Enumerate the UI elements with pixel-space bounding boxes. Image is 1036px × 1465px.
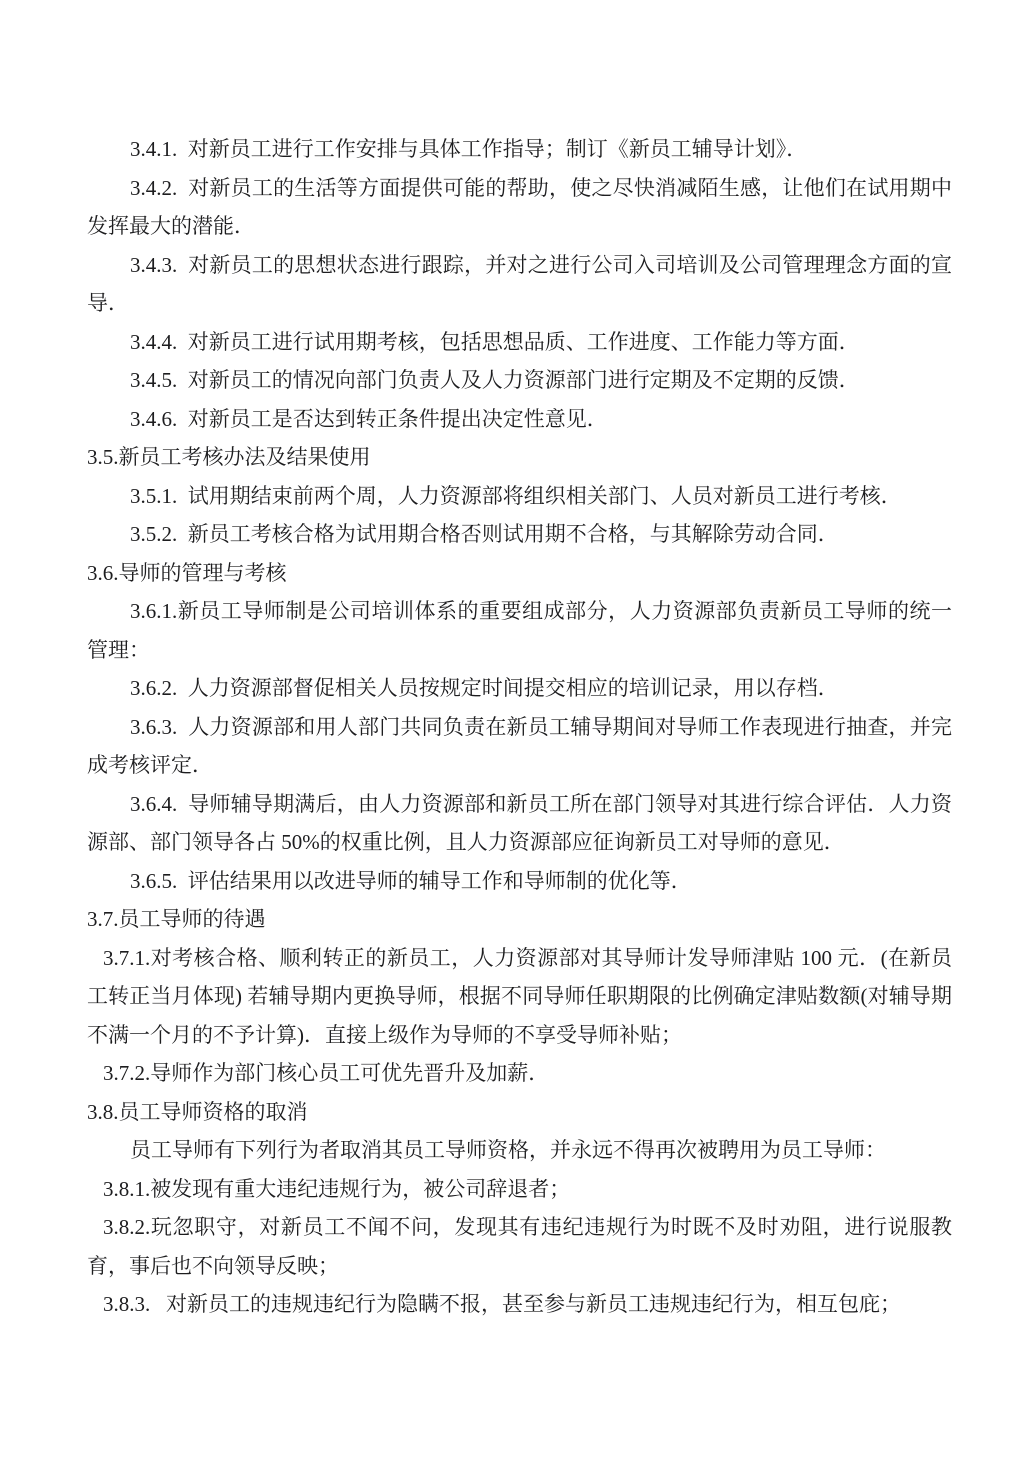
paragraph-3-4-4: 3.4.4. 对新员工进行试用期考核，包括思想品质、工作进度、工作能力等方面． (87, 323, 952, 362)
paragraph-3-4-3: 3.4.3. 对新员工的思想状态进行跟踪，并对之进行公司入司培训及公司管理理念方… (87, 246, 952, 323)
paragraph-3-8-intro: 员工导师有下列行为者取消其员工导师资格，并永远不得再次被聘用为员工导师： (87, 1131, 952, 1170)
paragraph-3-4-2: 3.4.2. 对新员工的生活等方面提供可能的帮助，使之尽快消减陌生感，让他们在试… (87, 169, 952, 246)
paragraph-3-8-3: 3.8.3. 对新员工的违规违纪行为隐瞒不报，甚至参与新员工违规违纪行为，相互包… (87, 1285, 952, 1324)
section-heading-3-6: 3.6.导师的管理与考核 (87, 554, 952, 593)
paragraph-3-6-5: 3.6.5. 评估结果用以改进导师的辅导工作和导师制的优化等． (87, 862, 952, 901)
paragraph-3-6-1: 3.6.1.新员工导师制是公司培训体系的重要组成部分，人力资源部负责新员工导师的… (87, 592, 952, 669)
paragraph-3-5-2: 3.5.2. 新员工考核合格为试用期合格否则试用期不合格，与其解除劳动合同． (87, 515, 952, 554)
paragraph-3-7-1: 3.7.1.对考核合格、顺利转正的新员工，人力资源部对其导师计发导师津贴 100… (87, 939, 952, 1055)
paragraph-3-5-1: 3.5.1. 试用期结束前两个周，人力资源部将组织相关部门、人员对新员工进行考核… (87, 477, 952, 516)
document-page: 3.4.1. 对新员工进行工作安排与具体工作指导；制订《新员工辅导计划》． 3.… (0, 0, 1036, 1465)
paragraph-3-4-1: 3.4.1. 对新员工进行工作安排与具体工作指导；制订《新员工辅导计划》． (87, 130, 952, 169)
section-heading-3-5: 3.5.新员工考核办法及结果使用 (87, 438, 952, 477)
paragraph-3-6-2: 3.6.2. 人力资源部督促相关人员按规定时间提交相应的培训记录，用以存档． (87, 669, 952, 708)
section-heading-3-8: 3.8.员工导师资格的取消 (87, 1093, 952, 1132)
paragraph-3-4-5: 3.4.5. 对新员工的情况向部门负责人及人力资源部门进行定期及不定期的反馈． (87, 361, 952, 400)
paragraph-3-7-2: 3.7.2.导师作为部门核心员工可优先晋升及加薪． (87, 1054, 952, 1093)
paragraph-3-8-1: 3.8.1.被发现有重大违纪违规行为，被公司辞退者； (87, 1170, 952, 1209)
section-heading-3-7: 3.7.员工导师的待遇 (87, 900, 952, 939)
paragraph-3-4-6: 3.4.6. 对新员工是否达到转正条件提出决定性意见． (87, 400, 952, 439)
paragraph-3-6-4: 3.6.4. 导师辅导期满后，由人力资源部和新员工所在部门领导对其进行综合评估．… (87, 785, 952, 862)
paragraph-3-8-2: 3.8.2.玩忽职守，对新员工不闻不问，发现其有违纪违规行为时既不及时劝阻，进行… (87, 1208, 952, 1285)
paragraph-3-6-3: 3.6.3. 人力资源部和用人部门共同负责在新员工辅导期间对导师工作表现进行抽查… (87, 708, 952, 785)
